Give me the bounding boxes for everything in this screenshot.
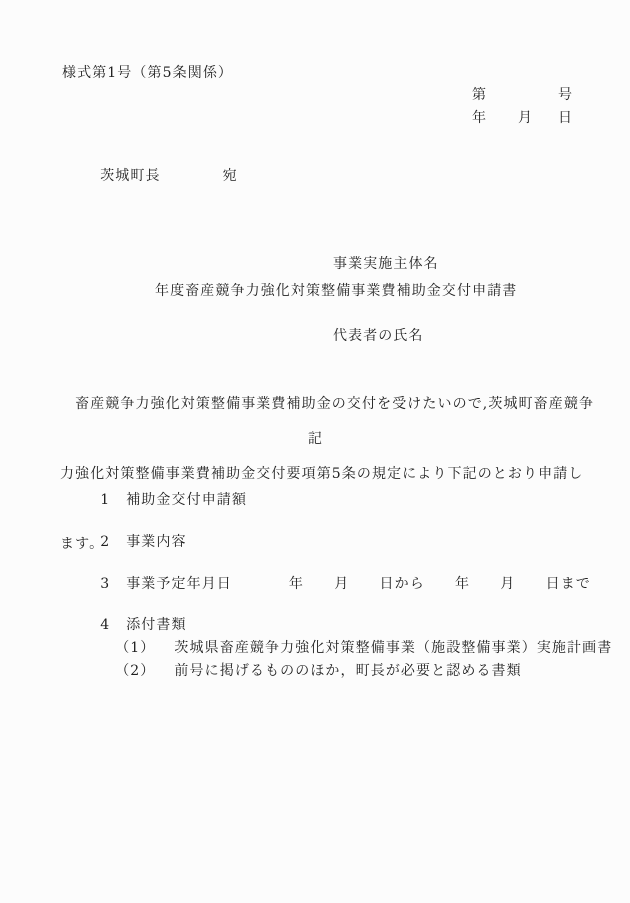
item-fill-in-date-range: 年 月 日から 年 月 日まで <box>289 576 591 592</box>
body-paragraph-line: 畜産競争力強化対策整備事業費補助金の交付を受けたいので,茨城町畜産競争 <box>60 393 580 416</box>
attachment-label: 前号に掲げるもののほか，町長が必要と認める書類 <box>174 663 521 679</box>
date-year-label: 年 <box>472 108 487 128</box>
applicant-entity-label: 事業実施主体名 <box>333 252 439 276</box>
date-month-label: 月 <box>518 108 533 128</box>
item-label: 事業内容 <box>126 534 186 550</box>
attachment-item-other-documents: （2）前号に掲げるもののほか，町長が必要と認める書類 <box>93 641 522 702</box>
attachment-number: （2） <box>115 663 155 679</box>
addressee-name: 茨城町長 <box>100 168 160 184</box>
addressee-suffix: 宛 <box>223 168 238 184</box>
date-day-label: 日 <box>558 108 573 128</box>
item-number: 1 <box>100 490 126 510</box>
record-marker: 記 <box>0 429 630 449</box>
item-number: 3 <box>100 574 126 594</box>
item-label: 補助金交付申請額 <box>126 492 247 508</box>
document-number-prefix: 第 <box>472 85 487 105</box>
applicant-representative-label: 代表者の氏名 <box>333 324 439 348</box>
document-number-suffix: 号 <box>558 85 573 105</box>
item-number: 2 <box>100 532 126 552</box>
form-id: 様式第1号（第5条関係） <box>62 63 233 83</box>
document-page: 様式第1号（第5条関係） 第 号 年 月 日 茨城町長宛 事業実施主体名 代表者… <box>0 0 630 903</box>
document-title: 年度畜産競争力強化対策整備事業費補助金交付申請書 <box>155 281 517 301</box>
addressee-line: 茨城町長宛 <box>78 146 238 207</box>
item-label: 事業予定年月日 <box>126 576 232 592</box>
